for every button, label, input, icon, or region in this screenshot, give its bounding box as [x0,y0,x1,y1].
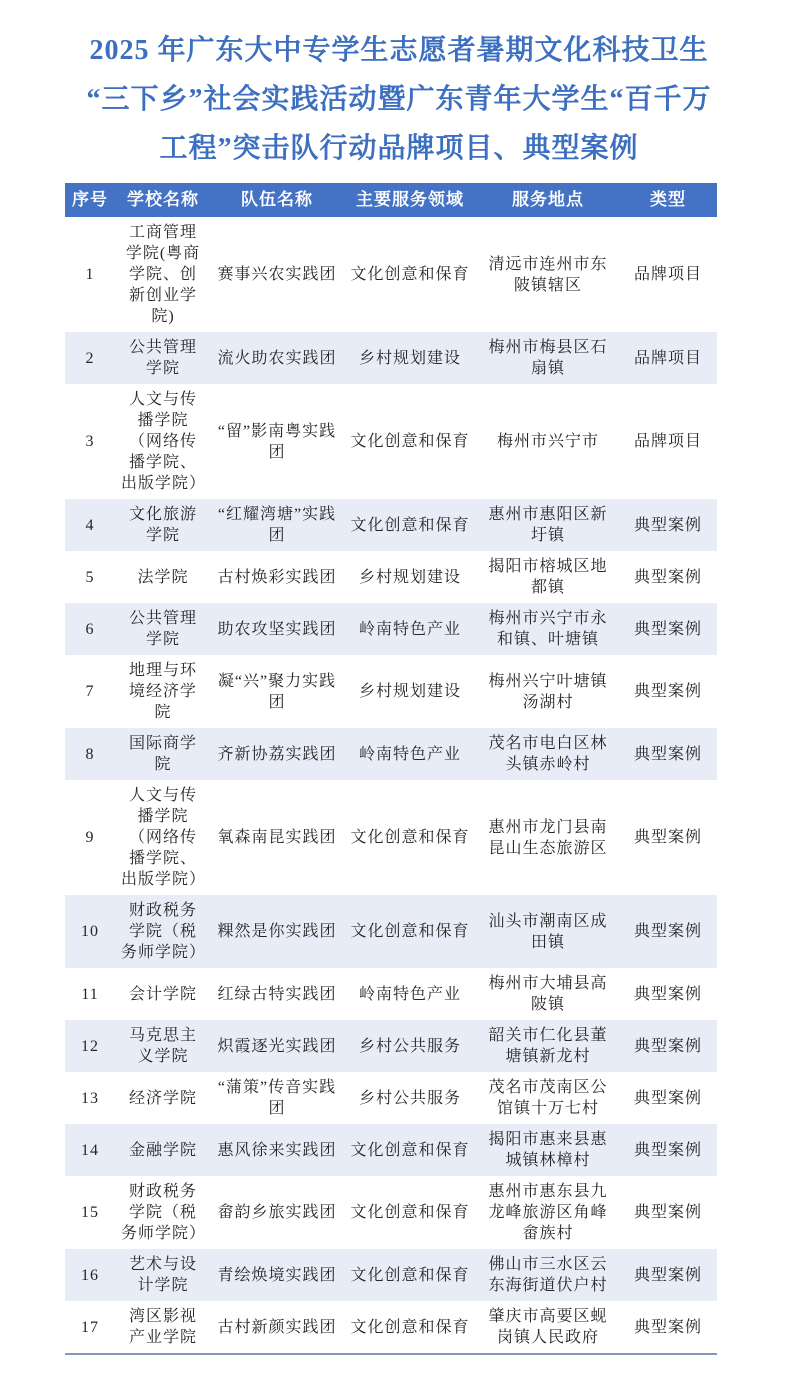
cell-school: 马克思主义学院 [115,1020,211,1072]
cell-no: 5 [65,551,115,603]
cell-no: 6 [65,603,115,655]
cell-field: 文化创意和保育 [343,1176,477,1249]
cell-no: 3 [65,384,115,499]
cell-field: 乡村规划建设 [343,655,477,728]
cell-no: 15 [65,1176,115,1249]
cell-field: 文化创意和保育 [343,384,477,499]
cell-type: 典型案例 [619,655,717,728]
cell-no: 10 [65,895,115,968]
cell-team: 氧森南昆实践团 [211,780,343,895]
cell-no: 13 [65,1072,115,1124]
table-row: 1工商管理学院(粤商学院、创新创业学院)赛事兴农实践团文化创意和保育清远市连州市… [65,217,717,332]
cell-team: 助农攻坚实践团 [211,603,343,655]
cell-field: 乡村规划建设 [343,332,477,384]
cell-school: 财政税务学院（税务师学院） [115,1176,211,1249]
cell-no: 8 [65,728,115,780]
cell-school: 湾区影视产业学院 [115,1301,211,1354]
cell-no: 7 [65,655,115,728]
cell-field: 乡村公共服务 [343,1020,477,1072]
cell-location: 茂名市茂南区公馆镇十万七村 [477,1072,619,1124]
cell-type: 典型案例 [619,1176,717,1249]
table-row: 17湾区影视产业学院古村新颜实践团文化创意和保育肇庆市高要区蚬岗镇人民政府典型案… [65,1301,717,1354]
title-line-2: “三下乡”社会实践活动暨广东青年大学生“百千万 [54,75,744,124]
cell-school: 地理与环境经济学院 [115,655,211,728]
column-header-school: 学校名称 [115,183,211,217]
cell-location: 汕头市潮南区成田镇 [477,895,619,968]
cell-team: 古村新颜实践团 [211,1301,343,1354]
cell-field: 文化创意和保育 [343,895,477,968]
cell-type: 品牌项目 [619,384,717,499]
cell-team: 畲韵乡旅实践团 [211,1176,343,1249]
cell-school: 公共管理学院 [115,603,211,655]
table-row: 15财政税务学院（税务师学院）畲韵乡旅实践团文化创意和保育惠州市惠东县九龙峰旅游… [65,1176,717,1249]
column-header-location: 服务地点 [477,183,619,217]
cell-location: 佛山市三水区云东海街道伏户村 [477,1249,619,1301]
cell-location: 揭阳市惠来县惠城镇林樟村 [477,1124,619,1176]
cell-field: 岭南特色产业 [343,968,477,1020]
cell-type: 典型案例 [619,1020,717,1072]
cell-field: 岭南特色产业 [343,728,477,780]
cell-team: 流火助农实践团 [211,332,343,384]
table-row: 9人文与传播学院（网络传播学院、出版学院）氧森南昆实践团文化创意和保育惠州市龙门… [65,780,717,895]
cell-team: “红耀湾塘”实践团 [211,499,343,551]
document-title: 2025 年广东大中专学生志愿者暑期文化科技卫生 “三下乡”社会实践活动暨广东青… [54,26,744,173]
cell-location: 茂名市电白区林头镇赤岭村 [477,728,619,780]
cell-no: 2 [65,332,115,384]
title-line-1: 2025 年广东大中专学生志愿者暑期文化科技卫生 [54,26,744,75]
cell-field: 乡村公共服务 [343,1072,477,1124]
title-line-3: 工程”突击队行动品牌项目、典型案例 [54,124,744,173]
cell-location: 梅州市兴宁市 [477,384,619,499]
cell-team: 惠风徐来实践团 [211,1124,343,1176]
cell-type: 典型案例 [619,551,717,603]
cell-field: 岭南特色产业 [343,603,477,655]
cell-school: 法学院 [115,551,211,603]
cell-school: 人文与传播学院（网络传播学院、出版学院） [115,384,211,499]
cell-type: 典型案例 [619,603,717,655]
cell-location: 肇庆市高要区蚬岗镇人民政府 [477,1301,619,1354]
cell-school: 金融学院 [115,1124,211,1176]
table-row: 14金融学院惠风徐来实践团文化创意和保育揭阳市惠来县惠城镇林樟村典型案例 [65,1124,717,1176]
table-row: 3人文与传播学院（网络传播学院、出版学院）“留”影南粤实践团文化创意和保育梅州市… [65,384,717,499]
cell-type: 典型案例 [619,1072,717,1124]
cell-school: 公共管理学院 [115,332,211,384]
cell-field: 文化创意和保育 [343,1124,477,1176]
cell-location: 梅州兴宁叶塘镇汤湖村 [477,655,619,728]
cell-location: 梅州市梅县区石扇镇 [477,332,619,384]
cell-no: 9 [65,780,115,895]
column-header-field: 主要服务领域 [343,183,477,217]
cell-type: 典型案例 [619,728,717,780]
cell-school: 文化旅游学院 [115,499,211,551]
cell-team: “蒲策”传音实践团 [211,1072,343,1124]
cell-no: 1 [65,217,115,332]
cell-school: 工商管理学院(粤商学院、创新创业学院) [115,217,211,332]
cell-team: 粿然是你实践团 [211,895,343,968]
cell-location: 惠州市惠东县九龙峰旅游区角峰畲族村 [477,1176,619,1249]
cell-type: 典型案例 [619,1124,717,1176]
cell-location: 清远市连州市东陂镇辖区 [477,217,619,332]
cell-no: 12 [65,1020,115,1072]
cell-team: 凝“兴”聚力实践团 [211,655,343,728]
cell-type: 典型案例 [619,895,717,968]
cell-location: 惠州市惠阳区新圩镇 [477,499,619,551]
cell-team: 红绿古特实践团 [211,968,343,1020]
cell-type: 品牌项目 [619,332,717,384]
cell-school: 经济学院 [115,1072,211,1124]
table-row: 8国际商学院齐新协荔实践团岭南特色产业茂名市电白区林头镇赤岭村典型案例 [65,728,717,780]
table-row: 11会计学院红绿古特实践团岭南特色产业梅州市大埔县高陂镇典型案例 [65,968,717,1020]
cell-no: 16 [65,1249,115,1301]
document-page: 2025 年广东大中专学生志愿者暑期文化科技卫生 “三下乡”社会实践活动暨广东青… [0,26,798,1375]
table-row: 6公共管理学院助农攻坚实践团岭南特色产业梅州市兴宁市永和镇、叶塘镇典型案例 [65,603,717,655]
cell-team: 赛事兴农实践团 [211,217,343,332]
column-header-type: 类型 [619,183,717,217]
cell-school: 会计学院 [115,968,211,1020]
cell-field: 文化创意和保育 [343,1249,477,1301]
column-header-team: 队伍名称 [211,183,343,217]
cell-school: 艺术与设计学院 [115,1249,211,1301]
cell-team: 青绘焕境实践团 [211,1249,343,1301]
cell-location: 梅州市兴宁市永和镇、叶塘镇 [477,603,619,655]
table-row: 12马克思主义学院炽霞逐光实践团乡村公共服务韶关市仁化县董塘镇新龙村典型案例 [65,1020,717,1072]
table-row: 16艺术与设计学院青绘焕境实践团文化创意和保育佛山市三水区云东海街道伏户村典型案… [65,1249,717,1301]
column-header-index: 序号 [65,183,115,217]
cell-field: 文化创意和保育 [343,217,477,332]
cell-field: 乡村规划建设 [343,551,477,603]
cell-location: 韶关市仁化县董塘镇新龙村 [477,1020,619,1072]
cell-school: 人文与传播学院（网络传播学院、出版学院） [115,780,211,895]
cell-type: 典型案例 [619,1249,717,1301]
cell-type: 典型案例 [619,968,717,1020]
cell-no: 11 [65,968,115,1020]
table-row: 4文化旅游学院“红耀湾塘”实践团文化创意和保育惠州市惠阳区新圩镇典型案例 [65,499,717,551]
cell-no: 17 [65,1301,115,1354]
table-header-row: 序号 学校名称 队伍名称 主要服务领域 服务地点 类型 [65,183,717,217]
cell-type: 典型案例 [619,499,717,551]
table-row: 10财政税务学院（税务师学院）粿然是你实践团文化创意和保育汕头市潮南区成田镇典型… [65,895,717,968]
cell-field: 文化创意和保育 [343,780,477,895]
table-row: 5法学院古村焕彩实践团乡村规划建设揭阳市榕城区地都镇典型案例 [65,551,717,603]
cell-location: 梅州市大埔县高陂镇 [477,968,619,1020]
cell-field: 文化创意和保育 [343,1301,477,1354]
cell-no: 14 [65,1124,115,1176]
cell-field: 文化创意和保育 [343,499,477,551]
cell-location: 惠州市龙门县南昆山生态旅游区 [477,780,619,895]
cell-school: 国际商学院 [115,728,211,780]
cell-team: 炽霞逐光实践团 [211,1020,343,1072]
cell-type: 品牌项目 [619,217,717,332]
cell-type: 典型案例 [619,1301,717,1354]
cell-location: 揭阳市榕城区地都镇 [477,551,619,603]
cell-school: 财政税务学院（税务师学院） [115,895,211,968]
table-row: 2公共管理学院流火助农实践团乡村规划建设梅州市梅县区石扇镇品牌项目 [65,332,717,384]
cell-team: 齐新协荔实践团 [211,728,343,780]
cell-team: 古村焕彩实践团 [211,551,343,603]
cell-no: 4 [65,499,115,551]
cell-team: “留”影南粤实践团 [211,384,343,499]
projects-table: 序号 学校名称 队伍名称 主要服务领域 服务地点 类型 1工商管理学院(粤商学院… [65,183,717,1355]
table-row: 13经济学院“蒲策”传音实践团乡村公共服务茂名市茂南区公馆镇十万七村典型案例 [65,1072,717,1124]
table-body: 1工商管理学院(粤商学院、创新创业学院)赛事兴农实践团文化创意和保育清远市连州市… [65,217,717,1354]
cell-type: 典型案例 [619,780,717,895]
table-row: 7地理与环境经济学院凝“兴”聚力实践团乡村规划建设梅州兴宁叶塘镇汤湖村典型案例 [65,655,717,728]
